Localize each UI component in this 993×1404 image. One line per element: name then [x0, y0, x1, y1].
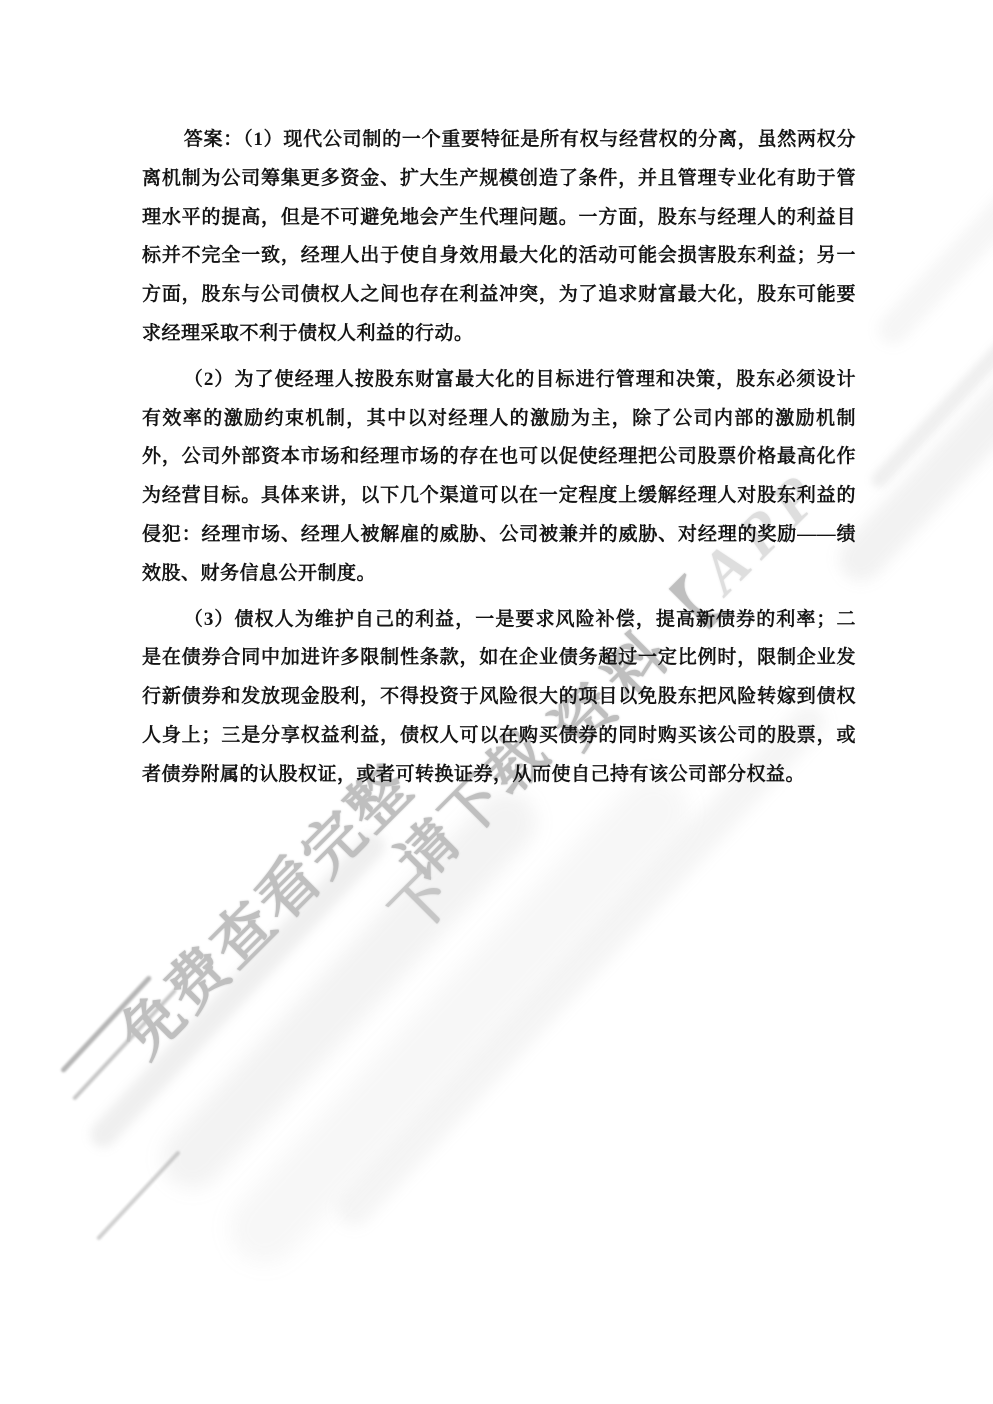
document-page: 免费查看完整 请下载 下 资料【 APP 答案：（1）现代公司制的一个重要特征是… [0, 0, 993, 1404]
brush-streak [872, 140, 993, 351]
brush-streak [85, 828, 390, 1153]
answer-content: 答案：（1）现代公司制的一个重要特征是所有权与经营权的分离，虽然两权分离机制为公… [142, 121, 856, 802]
brush-streak [150, 780, 549, 1201]
brush-streak [215, 762, 703, 1278]
pen-slash [60, 975, 152, 1073]
watermark-fragment-3: 下 [368, 849, 468, 949]
pen-slash [72, 988, 177, 1100]
answer-paragraph-2: （2）为了使经理人按股东财富最大化的目标进行管理和决策，股东必须设计有效率的激励… [142, 361, 856, 594]
pen-slash [96, 1150, 181, 1240]
answer-paragraph-1: 答案：（1）现代公司制的一个重要特征是所有权与经营权的分离，虽然两权分离机制为公… [142, 121, 856, 354]
brush-streak [868, 246, 993, 491]
answer-paragraph-3: （3）债权人为维护自己的利益，一是要求风险补偿，提高新债券的利率；二是在债券合同… [142, 601, 856, 795]
